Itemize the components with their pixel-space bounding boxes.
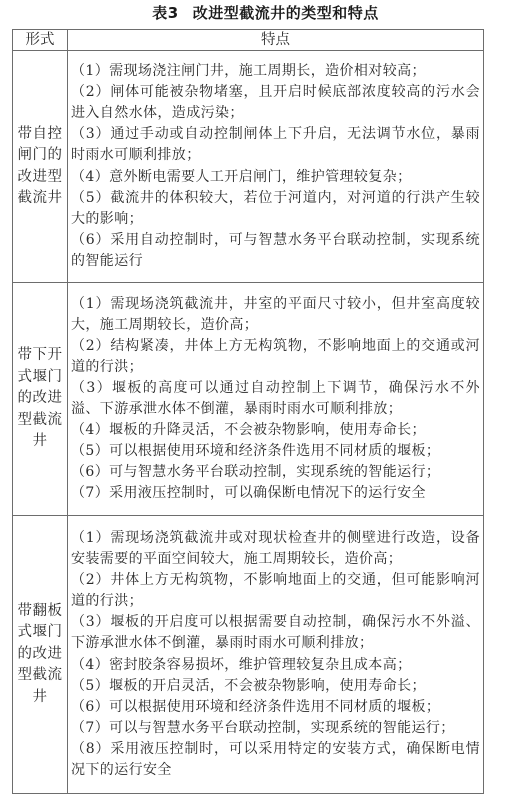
features-cell: （1）需现场浇注闸门井，施工周期长，造价相对较高； （2）闸体可能被杂物堵塞，且… [68, 51, 484, 283]
feature-item: （4）意外断电需要人工开启闸门，维护管理较复杂； [71, 167, 480, 188]
table-row: 带自控闸门的改进型截流井 （1）需现场浇注闸门井，施工周期长，造价相对较高； （… [13, 51, 484, 283]
features-cell: （1）需现场浇筑截流井或对现状检查井的侧壁进行改造，设备安装需要的平面空间较大，… [68, 516, 484, 794]
header-row: 形式 特点 [13, 30, 484, 51]
form-cell: 带自控闸门的改进型截流井 [13, 51, 68, 283]
feature-item: （3）通过手动或自动控制闸体上下升启，无法调节水位，暴雨时雨水可顺利排放； [71, 124, 480, 166]
feature-item: （2）井体上方无构筑物，不影响地面上的交通，但可能影响河道的行洪； [71, 570, 480, 612]
feature-item: （7）采用液压控制时，可以确保断电情况下的运行安全 [71, 483, 480, 504]
feature-item: （7）可以与智慧水务平台联动控制，实现系统的智能运行； [71, 718, 480, 739]
table-row: 带翻板式堰门的改进型截流井 （1）需现场浇筑截流井或对现状检查井的侧壁进行改造，… [13, 516, 484, 794]
header-form: 形式 [13, 30, 68, 51]
table-title-text: 改进型截流井的类型和特点 [193, 4, 379, 22]
feature-item: （2）闸体可能被杂物堵塞，且开启时候底部浓度较高的污水会进入自然水体，造成污染； [71, 82, 480, 124]
characteristics-table: 形式 特点 带自控闸门的改进型截流井 （1）需现场浇注闸门井，施工周期长，造价相… [12, 29, 484, 794]
feature-item: （4）堰板的升降灵活，不会被杂物影响，使用寿命长； [71, 420, 480, 441]
feature-item: （6）可以根据使用环境和经济条件选用不同材质的堰板； [71, 697, 480, 718]
feature-item: （5）截流井的体积较大，若位于河道内，对河道的行洪产生较大的影响； [71, 188, 480, 230]
feature-item: （5）堰板的开启灵活，不会被杂物影响，使用寿命长； [71, 676, 480, 697]
feature-item: （6）采用自动控制时，可与智慧水务平台联动控制，实现系统的智能运行 [71, 230, 480, 272]
features-cell: （1）需现场浇筑截流井，井室的平面尺寸较小，但井室高度较大，施工周期较长，造价高… [68, 283, 484, 516]
table-title: 表3改进型截流井的类型和特点 [0, 2, 531, 24]
feature-item: （5）可以根据使用环境和经济条件选用不同材质的堰板； [71, 441, 480, 462]
feature-item: （8）采用液压控制时，可以采用特定的安装方式，确保断电情况下的运行安全 [71, 739, 480, 781]
feature-item: （3）堰板的高度可以通过自动控制上下调节，确保污水不外溢、下游承泄水体不倒灌，暴… [71, 378, 480, 420]
feature-item: （6）可与智慧水务平台联动控制，实现系统的智能运行； [71, 462, 480, 483]
table-row: 带下开式堰门的改进型截流井 （1）需现场浇筑截流井，井室的平面尺寸较小，但井室高… [13, 283, 484, 516]
form-cell: 带翻板式堰门的改进型截流井 [13, 516, 68, 794]
feature-item: （2）结构紧凑，井体上方无构筑物，不影响地面上的交通或河道的行洪； [71, 336, 480, 378]
feature-item: （1）需现场浇注闸门井，施工周期长，造价相对较高； [71, 61, 480, 82]
form-cell: 带下开式堰门的改进型截流井 [13, 283, 68, 516]
feature-item: （1）需现场浇筑截流井或对现状检查井的侧壁进行改造，设备安装需要的平面空间较大，… [71, 528, 480, 570]
feature-item: （3）堰板的开启度可以根据需要自动控制，确保污水不外溢、下游承泄水体不倒灌，暴雨… [71, 612, 480, 654]
feature-item: （4）密封胶条容易损坏，维护管理较复杂且成本高； [71, 655, 480, 676]
header-features: 特点 [68, 30, 484, 51]
table-number: 表3 [152, 4, 178, 22]
feature-item: （1）需现场浇筑截流井，井室的平面尺寸较小，但井室高度较大，施工周期较长，造价高… [71, 294, 480, 336]
